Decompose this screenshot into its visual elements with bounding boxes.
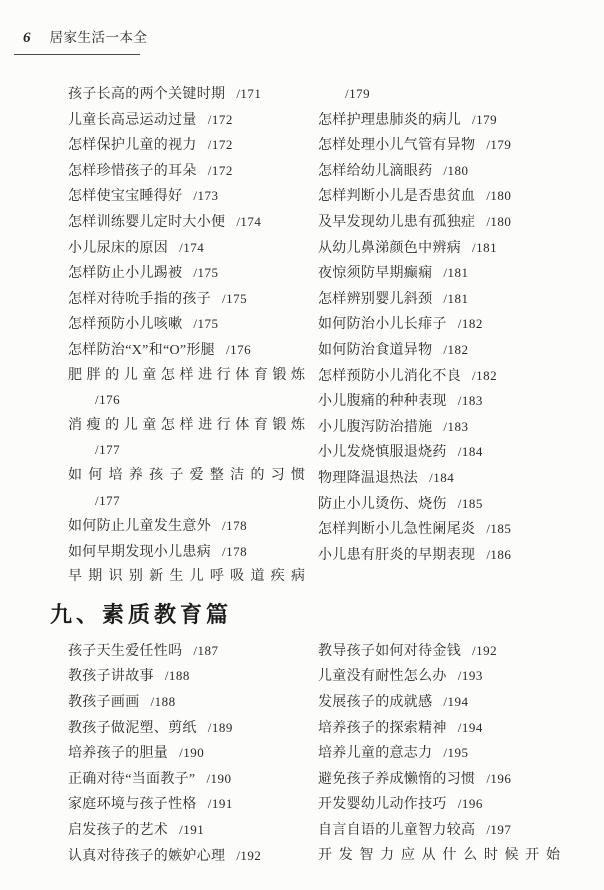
toc-entry-page: /184 [429, 470, 454, 485]
toc-section-bottom: 孩子天生爱任性吗/187教孩子讲故事/188教孩子画画/188教孩子做泥塑、剪纸… [0, 639, 604, 869]
toc-entry-page: /184 [458, 444, 483, 459]
toc-entry-page-line: /177 [68, 438, 305, 464]
toc-entry-page: /172 [208, 112, 233, 127]
toc-entry-title: 如何防止儿童发生意外/178 [68, 514, 305, 540]
toc-entry-page: /177 [95, 442, 120, 457]
toc-entry-page: /181 [443, 265, 468, 280]
toc-entry-page: /180 [443, 163, 468, 178]
toc-entry-title: 如何防治小儿长痱子/182 [318, 312, 560, 338]
toc-entry-page: /180 [486, 188, 511, 203]
toc-entry-title: 及早发现幼儿患有孤独症/180 [318, 210, 560, 236]
toc-entry-page: /193 [458, 668, 483, 683]
toc-entry-title: 家庭环境与孩子性格/191 [68, 792, 305, 818]
toc-entry-title: 小儿发烧慎服退烧药/184 [318, 440, 560, 466]
toc-entry-title: 怎样辨别婴儿斜颈/181 [318, 287, 560, 313]
toc-entry-page: /188 [151, 694, 176, 709]
toc-entry-title: 怎样预防小儿消化不良/182 [318, 364, 560, 390]
toc-entry-title: 怎样训练婴儿定时大小便/174 [68, 210, 305, 236]
toc-bottom-right-column: 教导孩子如何对待金钱/192儿童没有耐性怎么办/193发展孩子的成就感/194培… [318, 639, 560, 868]
section-heading: 九、素质教育篇 [50, 600, 604, 630]
toc-entry-page: /180 [486, 214, 511, 229]
toc-entry-page: /191 [179, 822, 204, 837]
toc-entry-title: 防止小儿烫伤、烧伤/185 [318, 492, 560, 518]
toc-entry-page: /192 [472, 643, 497, 658]
toc-entry-page: /190 [179, 745, 204, 760]
toc-top-right-column: /179怎样护理患肺炎的病儿/179怎样处理小儿气管有异物/179怎样给幼儿滴眼… [318, 82, 560, 568]
toc-content: 孩子长高的两个关键时期/171儿童长高忌运动过量/172怎样保护儿童的视力/17… [0, 82, 604, 869]
toc-entry-title: 教孩子做泥塑、剪纸/189 [68, 716, 305, 742]
toc-entry-title: 儿童没有耐性怎么办/193 [318, 664, 560, 690]
toc-entry-page: /191 [208, 796, 233, 811]
toc-entry-title: 怎样判断小儿是否患贫血/180 [318, 184, 560, 210]
toc-section-top: 孩子长高的两个关键时期/171儿童长高忌运动过量/172怎样保护儿童的视力/17… [0, 82, 604, 590]
toc-entry-title: 从幼儿鼻涕颜色中辨病/181 [318, 236, 560, 262]
toc-entry-title: 如何培养孩子爱整洁的习惯 [68, 464, 305, 489]
toc-entry-title: 小儿患有肝炎的早期表现/186 [318, 543, 560, 569]
toc-entry-page: /175 [193, 265, 218, 280]
toc-entry-title: 如何防治食道异物/182 [318, 338, 560, 364]
toc-entry-title: 自言自语的儿童智力较高/197 [318, 818, 560, 844]
toc-entry-page: /174 [179, 240, 204, 255]
toc-entry-title: 发展孩子的成就感/194 [318, 690, 560, 716]
toc-entry-title: 怎样使宝宝睡得好/173 [68, 184, 305, 210]
toc-entry-page: /171 [236, 86, 261, 101]
toc-entry-title: 怎样护理患肺炎的病儿/179 [318, 108, 560, 134]
toc-entry-title: 启发孩子的艺术/191 [68, 818, 305, 844]
toc-entry-page: /181 [443, 291, 468, 306]
toc-top-left-column: 孩子长高的两个关键时期/171儿童长高忌运动过量/172怎样保护儿童的视力/17… [68, 82, 305, 590]
toc-entry-page: /189 [208, 720, 233, 735]
toc-bottom-left-column: 孩子天生爱任性吗/187教孩子讲故事/188教孩子画画/188教孩子做泥塑、剪纸… [68, 639, 305, 869]
toc-entry-title: 孩子长高的两个关键时期/171 [68, 82, 305, 108]
toc-entry-page: /182 [472, 368, 497, 383]
toc-entry-page: /190 [206, 771, 231, 786]
toc-entry-page: /177 [95, 493, 120, 508]
toc-entry-title: 教孩子讲故事/188 [68, 664, 305, 690]
toc-entry-page: /174 [236, 214, 261, 229]
toc-entry-title: 避免孩子养成懒惰的习惯/196 [318, 767, 560, 793]
toc-entry-title: 怎样对待吮手指的孩子/175 [68, 287, 305, 313]
toc-entry-page: /175 [222, 291, 247, 306]
toc-entry-page: /195 [443, 745, 468, 760]
toc-entry-page: /172 [208, 137, 233, 152]
toc-entry-page: /187 [193, 643, 218, 658]
toc-entry-title: 怎样防止小儿踢被/175 [68, 261, 305, 287]
toc-entry-page: /183 [458, 393, 483, 408]
toc-entry-title: 培养孩子的探索精神/194 [318, 716, 560, 742]
toc-entry-title: 正确对待“当面教子”/190 [68, 767, 305, 793]
page-number: 6 [23, 30, 31, 47]
toc-entry-page: /196 [458, 796, 483, 811]
toc-entry-page: /179 [472, 112, 497, 127]
toc-entry-page: /196 [486, 771, 511, 786]
toc-entry-title: 教导孩子如何对待金钱/192 [318, 639, 560, 665]
toc-entry-title: 如何早期发现小儿患病/178 [68, 540, 305, 566]
book-title: 居家生活一本全 [50, 26, 148, 46]
toc-entry-title: 儿童长高忌运动过量/172 [68, 108, 305, 134]
toc-entry-title: 怎样判断小儿急性阑尾炎/185 [318, 517, 560, 543]
toc-entry-title: 怎样珍惜孩子的耳朵/172 [68, 159, 305, 185]
toc-entry-page-line: /176 [68, 388, 305, 414]
toc-entry-title: 培养孩子的胆量/190 [68, 741, 305, 767]
toc-entry-page: /178 [222, 518, 247, 533]
toc-entry-title: 怎样保护儿童的视力/172 [68, 133, 305, 159]
toc-entry-title: 开发智力应从什么时候开始 [318, 844, 560, 869]
toc-entry-page: /182 [443, 342, 468, 357]
toc-entry-page: /182 [458, 316, 483, 331]
toc-entry-title: 怎样给幼儿滴眼药/180 [318, 159, 560, 185]
book-page: 6 居家生活一本全 孩子长高的两个关键时期/171儿童长高忌运动过量/172怎样… [0, 26, 604, 869]
toc-entry-page-line: /179 [318, 82, 560, 108]
toc-entry-page: /194 [458, 720, 483, 735]
toc-entry-title: 认真对待孩子的嫉妒心理/192 [68, 844, 305, 870]
toc-entry-page: /188 [165, 668, 190, 683]
toc-entry-title: 小儿尿床的原因/174 [68, 236, 305, 262]
toc-entry-page: /178 [222, 544, 247, 559]
toc-entry-page: /194 [443, 694, 468, 709]
toc-entry-title: 肥胖的儿童怎样进行体育锻炼 [68, 364, 305, 389]
toc-entry-page: /185 [486, 521, 511, 536]
toc-entry-title: 夜惊须防早期癫痫/181 [318, 261, 560, 287]
toc-entry-page: /173 [193, 188, 218, 203]
toc-entry-page: /181 [472, 240, 497, 255]
toc-entry-page: /172 [208, 163, 233, 178]
page-header: 6 居家生活一本全 [14, 26, 140, 55]
toc-entry-title: 开发婴幼儿动作技巧/196 [318, 792, 560, 818]
toc-entry-title: 教孩子画画/188 [68, 690, 305, 716]
toc-entry-title: 培养儿童的意志力/195 [318, 741, 560, 767]
toc-entry-page: /185 [458, 496, 483, 511]
toc-entry-title: 物理降温退热法/184 [318, 466, 560, 492]
toc-entry-title: 小儿腹痛的种种表现/183 [318, 389, 560, 415]
toc-entry-title: 怎样处理小儿气管有异物/179 [318, 133, 560, 159]
toc-entry-page: /183 [443, 419, 468, 434]
toc-entry-title: 小儿腹泻防治措施/183 [318, 415, 560, 441]
toc-entry-page: /175 [193, 316, 218, 331]
toc-entry-page: /192 [236, 848, 261, 863]
toc-entry-page: /176 [226, 342, 251, 357]
toc-entry-page: /186 [486, 547, 511, 562]
toc-entry-title: 孩子天生爱任性吗/187 [68, 639, 305, 665]
toc-entry-page: /197 [486, 822, 511, 837]
toc-entry-title: 怎样预防小儿咳嗽/175 [68, 312, 305, 338]
toc-entry-page: /176 [95, 392, 120, 407]
toc-entry-page: /179 [486, 137, 511, 152]
toc-entry-title: 消瘦的儿童怎样进行体育锻炼 [68, 414, 305, 439]
toc-entry-title: 早期识别新生儿呼吸道疾病 [68, 565, 305, 590]
toc-entry-page: /179 [345, 86, 370, 101]
toc-entry-title: 怎样防治“X”和“O”形腿/176 [68, 338, 305, 364]
toc-entry-page-line: /177 [68, 489, 305, 515]
